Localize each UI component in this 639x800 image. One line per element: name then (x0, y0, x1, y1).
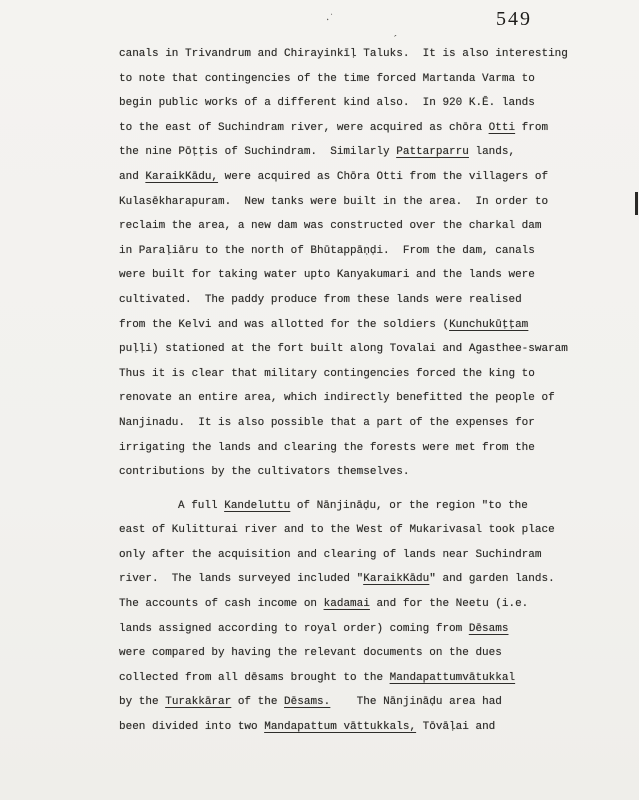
text-run: lands, (469, 146, 515, 158)
text-line: canals in Trivandrum and Chirayinkīḷ Tal… (119, 42, 589, 67)
underlined-term: KaraikKādu, (145, 171, 218, 183)
text-run: of the (231, 696, 284, 708)
text-run: The accounts of cash income on (119, 598, 324, 610)
underlined-term: Dēsams (469, 623, 509, 635)
page-number: 549 (496, 8, 532, 31)
text-line: were built for taking water upto Kanyaku… (119, 263, 589, 288)
text-run: contributions by the cultivators themsel… (119, 466, 409, 478)
underlined-term: Turakkārar (165, 696, 231, 708)
text-run: Thus it is clear that military contingen… (119, 368, 535, 380)
text-run: renovate an entire area, which indirectl… (119, 392, 555, 404)
text-run: from (515, 122, 548, 134)
underlined-term: Kunchukūṭṭam (449, 319, 528, 331)
text-run: Tōvāḷai and (416, 721, 495, 733)
text-run: and (119, 171, 145, 183)
text-line: and KaraikKādu, were acquired as Chōra O… (119, 165, 589, 190)
text-run: The Nānjināḍu area had (330, 696, 502, 708)
text-line: to note that contingencies of the time f… (119, 67, 589, 92)
text-line: Nanjinadu. It is also possible that a pa… (119, 411, 589, 436)
text-line: to the east of Suchindram river, were ac… (119, 116, 589, 141)
underlined-term: Otti (489, 122, 515, 134)
text-line: been divided into two Mandapattum vāttuk… (119, 715, 589, 740)
text-run: river. The lands surveyed included " (119, 573, 363, 585)
underlined-term: Pattarparru (396, 146, 469, 158)
text-line: begin public works of a different kind a… (119, 91, 589, 116)
text-run: puḷḷi) stationed at the fort built along… (119, 343, 568, 355)
scan-edge-artifact (635, 192, 638, 215)
underlined-term: Kandeluttu (224, 500, 290, 512)
text-run: collected from all dēsams brought to the (119, 672, 390, 684)
text-line: A full Kandeluttu of Nānjināḍu, or the r… (119, 494, 589, 519)
underlined-term: kadamai (324, 598, 370, 610)
text-line: renovate an entire area, which indirectl… (119, 386, 589, 411)
text-run: lands assigned according to royal order)… (119, 623, 469, 635)
text-line: Kulasēkharapuram. New tanks were built i… (119, 190, 589, 215)
text-run: begin public works of a different kind a… (119, 97, 535, 109)
text-run: were acquired as Chōra Otti from the vil… (218, 171, 548, 183)
text-run: and for the Neetu (i.e. (370, 598, 528, 610)
text-line: The accounts of cash income on kadamai a… (119, 592, 589, 617)
text-line: contributions by the cultivators themsel… (119, 460, 589, 485)
text-run: by the (119, 696, 165, 708)
text-run: were built for taking water upto Kanyaku… (119, 269, 535, 281)
text-run: reclaim the area, a new dam was construc… (119, 220, 541, 232)
text-run: were compared by having the relevant doc… (119, 647, 502, 659)
document-body: canals in Trivandrum and Chirayinkīḷ Tal… (119, 42, 589, 740)
text-line: river. The lands surveyed included "Kara… (119, 567, 589, 592)
text-run: to the east of Suchindram river, were ac… (119, 122, 489, 134)
text-line: were compared by having the relevant doc… (119, 641, 589, 666)
text-run: A full (178, 500, 224, 512)
text-line: irrigating the lands and clearing the fo… (119, 436, 589, 461)
text-run: east of Kulitturai river and to the West… (119, 524, 555, 536)
text-run: canals in Trivandrum and Chirayinkīḷ Tal… (119, 48, 568, 60)
underlined-term: Mandapattum vāttukkals, (264, 721, 416, 733)
text-line: the nine Pōṭṭis of Suchindram. Similarly… (119, 140, 589, 165)
scan-artifact-mark: ˚ (228, 98, 233, 108)
underlined-term: KaraikKādu (363, 573, 429, 585)
text-run: from the Kelvi and was allotted for the … (119, 319, 449, 331)
paragraph: canals in Trivandrum and Chirayinkīḷ Tal… (119, 42, 589, 485)
text-run: to note that contingencies of the time f… (119, 73, 535, 85)
underlined-term: Mandapattumvātukkal (390, 672, 515, 684)
text-run: irrigating the lands and clearing the fo… (119, 442, 535, 454)
text-line: lands assigned according to royal order)… (119, 617, 589, 642)
text-line: in Paraḷiāru to the north of Bhūtappāṇḍi… (119, 239, 589, 264)
text-run: the nine Pōṭṭis of Suchindram. Similarly (119, 146, 396, 158)
text-run: cultivated. The paddy produce from these… (119, 294, 522, 306)
text-line: Thus it is clear that military contingen… (119, 362, 589, 387)
text-line: east of Kulitturai river and to the West… (119, 518, 589, 543)
text-run: " and garden lands. (429, 573, 554, 585)
text-line: puḷḷi) stationed at the fort built along… (119, 337, 589, 362)
text-line: from the Kelvi and was allotted for the … (119, 313, 589, 338)
text-run: only after the acquisition and clearing … (119, 549, 541, 561)
text-line: reclaim the area, a new dam was construc… (119, 214, 589, 239)
scan-artifact-mark: ·˙ (324, 12, 338, 25)
text-run: Kulasēkharapuram. New tanks were built i… (119, 196, 548, 208)
paragraph: A full Kandeluttu of Nānjināḍu, or the r… (119, 494, 589, 740)
underlined-term: Dēsams. (284, 696, 330, 708)
scanned-page: 549 canals in Trivandrum and Chirayinkīḷ… (0, 0, 639, 800)
text-line: only after the acquisition and clearing … (119, 543, 589, 568)
text-line: cultivated. The paddy produce from these… (119, 288, 589, 313)
text-run: been divided into two (119, 721, 264, 733)
text-run: Nanjinadu. It is also possible that a pa… (119, 417, 535, 429)
text-line: by the Turakkārar of the Dēsams. The Nān… (119, 690, 589, 715)
text-line: collected from all dēsams brought to the… (119, 666, 589, 691)
text-run: of Nānjināḍu, or the region "to the (290, 500, 528, 512)
text-run: in Paraḷiāru to the north of Bhūtappāṇḍi… (119, 245, 535, 257)
scan-artifact-mark: ´ (392, 36, 399, 46)
